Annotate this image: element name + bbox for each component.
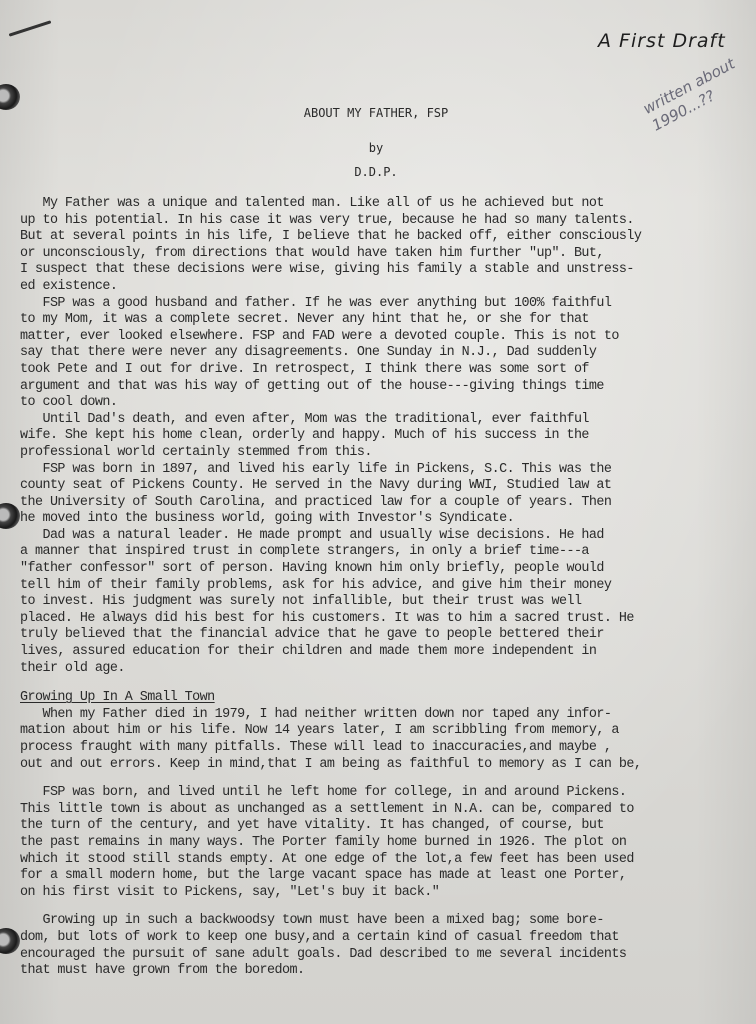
paragraph: When my Father died in 1979, I had neith… [20,707,720,773]
section-heading: Growing Up In A Small Town [20,690,215,707]
text-line: the turn of the century, and yet have vi… [20,818,720,835]
text-line: dom, but lots of work to keep one busy,a… [20,930,720,947]
text-line: which it stood still stands empty. At on… [20,852,720,869]
text-line: process fraught with many pitfalls. Thes… [20,740,720,757]
text-line: professional world certainly stemmed fro… [20,445,720,462]
text-line: "father confessor" sort of person. Havin… [20,561,720,578]
text-line: for a small modern home, but the large v… [20,868,720,885]
text-line: ed existence. [20,279,720,296]
paragraph: Dad was a natural leader. He made prompt… [20,528,720,677]
text-line: out and out errors. Keep in mind,that I … [20,757,720,774]
text-line: up to his potential. In his case it was … [20,213,720,230]
growing-up-section: When my Father died in 1979, I had neith… [20,707,720,980]
text-line: to cool down. [20,395,720,412]
text-line: on his first visit to Pickens, say, "Let… [20,885,720,902]
paragraph: Growing up in such a backwoodsy town mus… [20,913,720,979]
text-line: the past remains in many ways. The Porte… [20,835,720,852]
text-line: Dad was a natural leader. He made prompt… [20,528,720,545]
pen-mark [9,20,52,36]
text-line: or unconsciously, from directions that w… [20,246,720,263]
handwritten-draft-note: A First Draft [598,30,726,52]
text-line: county seat of Pickens County. He served… [20,478,720,495]
text-line: This little town is about as unchanged a… [20,802,720,819]
text-line: he moved into the business world, going … [20,511,720,528]
paragraph: My Father was a unique and talented man.… [20,196,720,296]
text-line: placed. He always did his best for his c… [20,611,720,628]
text-line: Until Dad's death, and even after, Mom w… [20,412,720,429]
text-line: When my Father died in 1979, I had neith… [20,707,720,724]
text-line: FSP was born in 1897, and lived his earl… [20,462,720,479]
paragraph: FSP was a good husband and father. If he… [20,296,720,412]
binder-ring [0,503,20,529]
document-title: ABOUT MY FATHER, FSP [0,106,754,120]
text-line: a manner that inspired trust in complete… [20,544,720,561]
text-line: Growing up in such a backwoodsy town mus… [20,913,720,930]
text-line: the University of South Carolina, and pr… [20,495,720,512]
document-body: My Father was a unique and talented man.… [20,196,720,980]
text-line: argument and that was his way of getting… [20,379,720,396]
text-line: their old age. [20,661,720,678]
paragraph: Until Dad's death, and even after, Mom w… [20,412,720,462]
text-line: mation about him or his life. Now 14 yea… [20,723,720,740]
text-line: took Pete and I out for drive. In retros… [20,362,720,379]
binder-ring [0,928,20,954]
text-line: to invest. His judgment was surely not i… [20,594,720,611]
byline-label: by [0,141,754,155]
text-line: FSP was a good husband and father. If he… [20,296,720,313]
paragraph: FSP was born, and lived until he left ho… [20,785,720,901]
text-line: lives, assured education for their child… [20,644,720,661]
paragraph-gap [20,773,720,785]
text-line: FSP was born, and lived until he left ho… [20,785,720,802]
text-line: But at several points in his life, I bel… [20,229,720,246]
intro-section: My Father was a unique and talented man.… [20,196,720,677]
text-line: encouraged the pursuit of sane adult goa… [20,947,720,964]
text-line: to my Mom, it was a complete secret. Nev… [20,312,720,329]
paragraph-gap [20,901,720,913]
text-line: My Father was a unique and talented man.… [20,196,720,213]
text-line: matter, ever looked elsewhere. FSP and F… [20,329,720,346]
paragraph: FSP was born in 1897, and lived his earl… [20,462,720,528]
text-line: wife. She kept his home clean, orderly a… [20,428,720,445]
text-line: that must have grown from the boredom. [20,963,720,980]
text-line: say that there were never any disagreeme… [20,345,720,362]
text-line: I suspect that these decisions were wise… [20,262,720,279]
handwritten-date-note: written about 1990...?? [640,55,747,136]
author-initials: D.D.P. [0,165,754,179]
text-line: tell him of their family problems, ask f… [20,578,720,595]
text-line: truly believed that the financial advice… [20,627,720,644]
